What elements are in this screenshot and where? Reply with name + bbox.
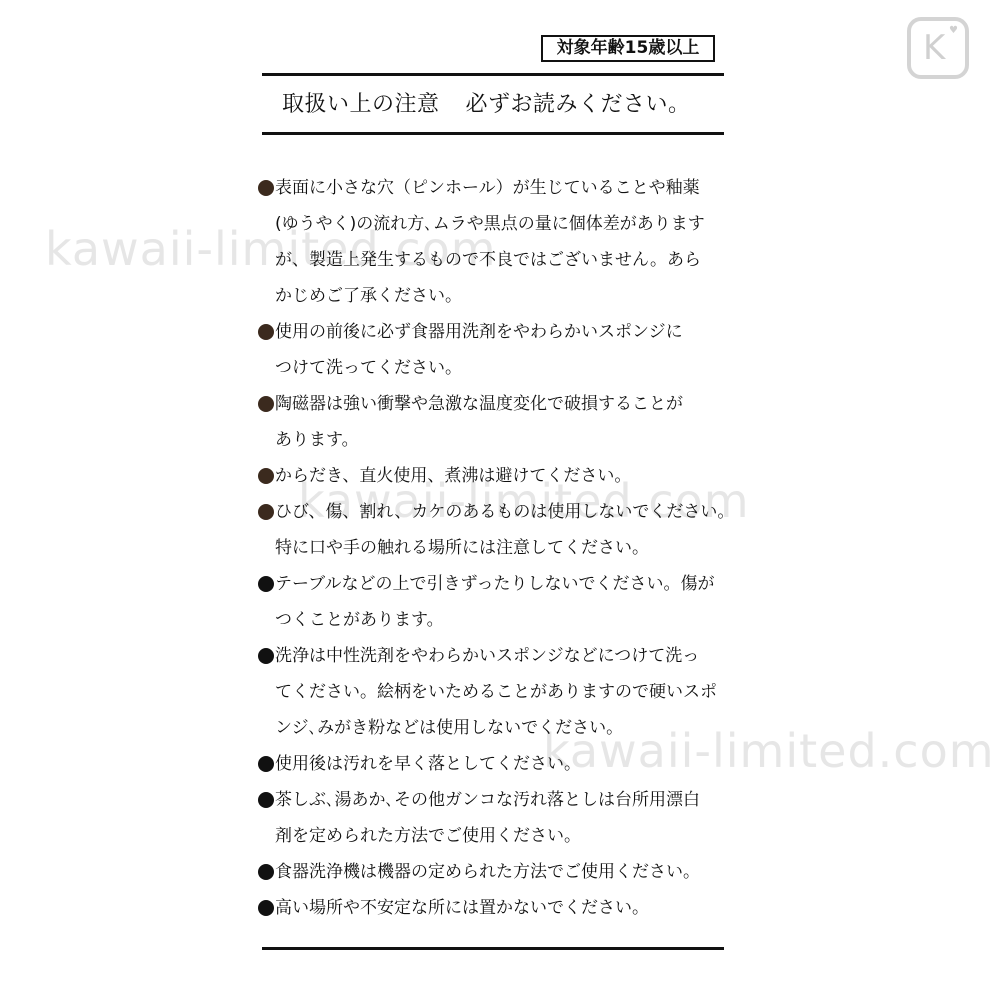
caution-text-line: からだき、直火使用、煮沸は避けてください。	[275, 458, 733, 494]
kawaii-logo-icon: K ♥	[907, 17, 969, 79]
caution-text-line: テーブルなどの上で引きずったりしないでください。傷が	[275, 566, 733, 602]
caution-item: 高い場所や不安定な所には置かないでください。	[258, 890, 733, 926]
divider-bottom	[262, 947, 724, 950]
page-title: 取扱い上の注意必ずお読みください。	[282, 89, 691, 121]
caution-text-line: (ゆうやく)の流れ方､ムラや黒点の量に個体差があります	[275, 206, 733, 242]
caution-text-line: が、製造上発生するもので不良ではございません。あら	[275, 242, 733, 278]
caution-text-line: つけて洗ってください。	[275, 350, 733, 386]
caution-text-line: 剤を定められた方法でご使用ください。	[275, 818, 733, 854]
caution-text-line: 洗浄は中性洗剤をやわらかいスポンジなどにつけて洗っ	[275, 638, 733, 674]
bullet-icon	[258, 864, 274, 880]
caution-text-line: 使用後は汚れを早く落としてください。	[275, 746, 733, 782]
heading-title: 取扱い上の注意	[282, 92, 440, 117]
caution-text-line: つくことがあります。	[275, 602, 733, 638]
caution-item: 使用後は汚れを早く落としてください。	[258, 746, 733, 782]
caution-item: からだき、直火使用、煮沸は避けてください。	[258, 458, 733, 494]
caution-text-line: 茶しぶ､湯あか､その他ガンコな汚れ落としは台所用漂白	[275, 782, 733, 818]
divider-top	[262, 73, 724, 76]
caution-text-line: 高い場所や不安定な所には置かないでください。	[275, 890, 733, 926]
bullet-icon	[258, 756, 274, 772]
caution-text-line: かじめご了承ください。	[275, 278, 733, 314]
bullet-icon	[258, 396, 274, 412]
bullet-icon	[258, 180, 274, 196]
bullet-icon	[258, 576, 274, 592]
age-rating-label: 対象年齢15歳以上	[541, 35, 715, 62]
caution-list: 表面に小さな穴（ピンホール）が生じていることや釉薬(ゆうやく)の流れ方､ムラや黒…	[258, 170, 733, 926]
heading-subtitle: 必ずお読みください。	[466, 92, 691, 117]
bullet-icon	[258, 648, 274, 664]
caution-text-line: てください。絵柄をいためることがありますので硬いスポ	[275, 674, 733, 710]
bullet-icon	[258, 468, 274, 484]
caution-text-line: 食器洗浄機は機器の定められた方法でご使用ください。	[275, 854, 733, 890]
caution-item: 使用の前後に必ず食器用洗剤をやわらかいスポンジにつけて洗ってください。	[258, 314, 733, 386]
caution-text-line: 表面に小さな穴（ピンホール）が生じていることや釉薬	[275, 170, 733, 206]
caution-text-line: ひび、傷、割れ、カケのあるものは使用しないでください。	[275, 494, 733, 530]
caution-text-line: 使用の前後に必ず食器用洗剤をやわらかいスポンジに	[275, 314, 733, 350]
divider-heading	[262, 132, 724, 135]
caution-text-line: あります。	[275, 422, 733, 458]
bullet-icon	[258, 504, 274, 520]
bullet-icon	[258, 324, 274, 340]
bullet-icon	[258, 792, 274, 808]
caution-text-line: 陶磁器は強い衝撃や急激な温度変化で破損することが	[275, 386, 733, 422]
caution-item: 洗浄は中性洗剤をやわらかいスポンジなどにつけて洗ってください。絵柄をいためること…	[258, 638, 733, 746]
caution-item: 表面に小さな穴（ピンホール）が生じていることや釉薬(ゆうやく)の流れ方､ムラや黒…	[258, 170, 733, 314]
caution-item: テーブルなどの上で引きずったりしないでください。傷がつくことがあります。	[258, 566, 733, 638]
caution-item: ひび、傷、割れ、カケのあるものは使用しないでください。特に口や手の触れる場所には…	[258, 494, 733, 566]
bullet-icon	[258, 900, 274, 916]
logo-letter: K	[923, 28, 945, 68]
caution-item: 茶しぶ､湯あか､その他ガンコな汚れ落としは台所用漂白剤を定められた方法でご使用く…	[258, 782, 733, 854]
caution-text-line: 特に口や手の触れる場所には注意してください。	[275, 530, 733, 566]
caution-text-line: ンジ､みがき粉などは使用しないでください。	[275, 710, 733, 746]
caution-item: 陶磁器は強い衝撃や急激な温度変化で破損することがあります。	[258, 386, 733, 458]
heart-icon: ♥	[949, 26, 958, 36]
caution-item: 食器洗浄機は機器の定められた方法でご使用ください。	[258, 854, 733, 890]
